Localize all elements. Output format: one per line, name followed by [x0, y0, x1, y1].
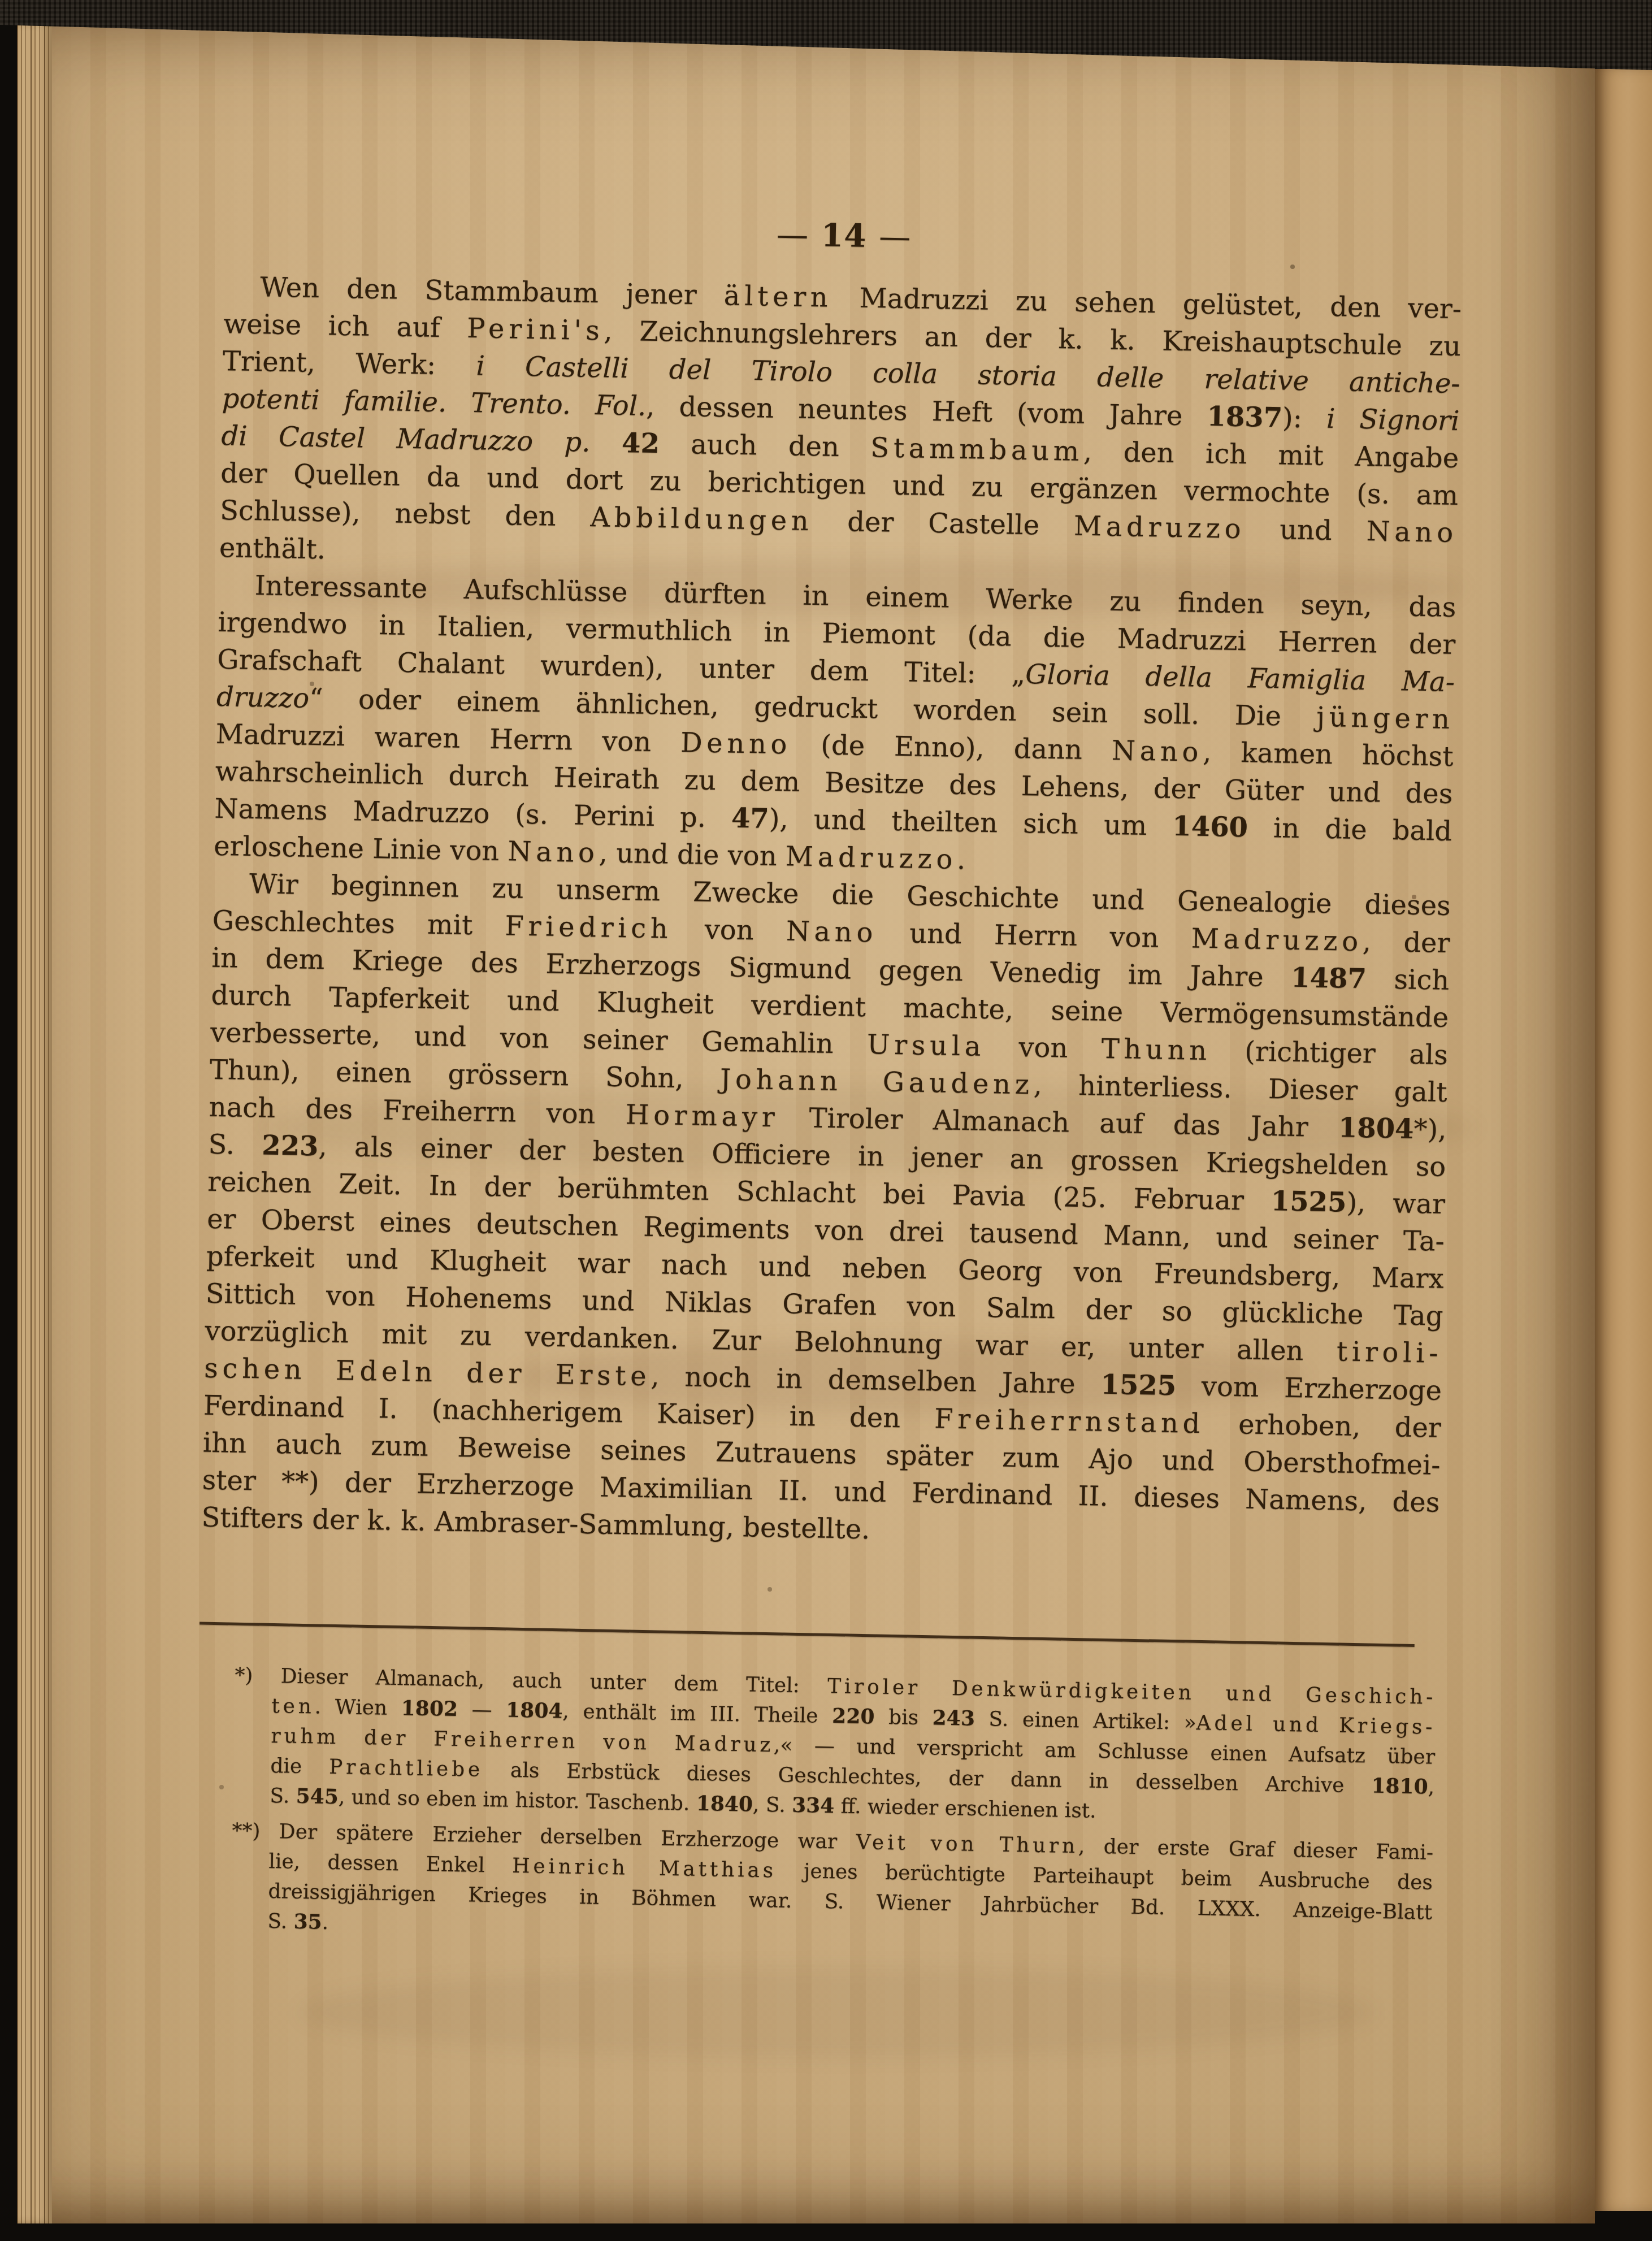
text-segment: schen Edeln der Erste [204, 1353, 651, 1392]
text-segment: di Castel Madruzzo p. [221, 420, 591, 458]
text-segment: Geschlechtes mit [212, 905, 505, 942]
text-segment: 35 [293, 1910, 322, 1934]
text-segment: 1804 [506, 1698, 563, 1723]
text-segment: die [270, 1754, 329, 1779]
paragraph: Wir beginnen zu unserm Zwecke die Geschi… [201, 865, 1451, 1559]
text-segment: (richtiger als [1211, 1035, 1448, 1071]
text-segment: von [672, 913, 786, 947]
text-segment: Madruzzo [1191, 923, 1363, 958]
page-number-right-dash: — [879, 218, 912, 255]
footnote: **) Der spätere Erzieher derselben Erzhe… [230, 1816, 1434, 1958]
text-segment: vom Erzherzoge [1176, 1370, 1442, 1407]
text-segment: 1525 [1100, 1369, 1177, 1402]
footnote: *) Dieser Almanach, auch unter dem Titel… [232, 1661, 1436, 1832]
text-segment: Ursula [867, 1029, 986, 1063]
text-segment: erloschene Linie von [214, 830, 508, 868]
text-segment: von [985, 1031, 1102, 1065]
text-segment: *), [1413, 1113, 1447, 1146]
text-segment: S. [270, 1784, 296, 1808]
text-segment: S. [267, 1910, 294, 1934]
text-segment: Nano [1366, 515, 1458, 549]
text-segment: in die bald [1247, 812, 1452, 847]
text-segment: enthält. [219, 532, 326, 565]
text-segment: , noch in demselben Jahre [651, 1360, 1101, 1401]
text-segment: 243 [932, 1706, 975, 1730]
text-segment: jüngern [1316, 701, 1454, 735]
text-segment: Johann Gaudenz [720, 1063, 1034, 1100]
footnote-separator [200, 1622, 1415, 1647]
text-segment: 1802 [401, 1696, 458, 1721]
text-segment: lie, dessen Enkel [268, 1850, 513, 1878]
text-segment: , S. [753, 1793, 792, 1817]
text-segment: 220 [832, 1704, 875, 1728]
text-segment: potenti familie. Trento. Fol. [222, 383, 647, 422]
text-segment: ): [1282, 402, 1327, 434]
text-segment: erhoben, der [1204, 1408, 1442, 1444]
text-segment: 1840 [696, 1792, 753, 1817]
text-segment: 1837 [1207, 401, 1283, 434]
text-segment: Nano [786, 915, 877, 948]
page-number-value: 14 [821, 216, 867, 254]
text-segment: 334 [792, 1793, 835, 1818]
text-segment: Trient, Werk: [222, 345, 476, 382]
text-segment: , den ich mit Angabe [1083, 436, 1459, 474]
text-segment: S. [208, 1129, 262, 1161]
text-segment: — [458, 1698, 506, 1722]
page-number-left-dash: — [776, 216, 809, 254]
text-segment: , der [1362, 926, 1450, 959]
text-segment: 1804 [1338, 1112, 1414, 1145]
text-segment: Denno [680, 727, 792, 761]
text-segment: S. einen Artikel: » [975, 1707, 1197, 1735]
text-segment: Wen den Stammbaum jener [260, 271, 725, 311]
text-segment: ten [271, 1694, 315, 1718]
text-segment: Stammbaum [870, 432, 1084, 467]
paragraph: Interessante Aufschlüsse dürften in eine… [214, 566, 1456, 887]
text-segment: Prachtliebe [329, 1755, 483, 1781]
text-segment: Thun), einen grössern Sohn, [210, 1054, 721, 1095]
text-segment: , und so eben im histor. Taschenb. [339, 1785, 697, 1815]
text-segment: bis [874, 1705, 933, 1729]
book-scan: { "document": { "page_header": { "left_d… [0, 0, 1652, 2241]
text-segment: druzzo [216, 681, 310, 714]
text-segment: auch den [659, 428, 871, 463]
text-segment: . [957, 844, 966, 875]
text-segment: (de Enno), dann [791, 729, 1112, 766]
footnotes: *) Dieser Almanach, auch unter dem Titel… [230, 1661, 1437, 1958]
text-segment: ), und theilten sich um [769, 803, 1173, 842]
text-segment: 223 [262, 1129, 319, 1162]
text-segment: , kamen höchst [1203, 736, 1454, 773]
text-segment: ), war [1346, 1187, 1446, 1220]
text-segment: Madruzzo [785, 840, 957, 875]
text-segment: Schlusse), nebst den [220, 495, 591, 533]
text-segment: Thunn [1101, 1033, 1211, 1067]
text-segment: Abbildungen [590, 501, 813, 537]
paper-stain [300, 1967, 1373, 2057]
text-segment: Madruzzi waren Herrn von [215, 718, 680, 758]
text-segment: ff. wieder erschienen ist. [834, 1794, 1096, 1822]
text-segment: sich [1366, 963, 1449, 996]
text-segment: 47 [731, 803, 769, 835]
text-segment: Nano [508, 835, 599, 869]
page-stack-edge [17, 23, 52, 2223]
text-segment: weise ich auf [223, 308, 467, 344]
text-segment: und [1245, 513, 1367, 547]
text-segment: Heinrich Matthias [512, 1854, 777, 1883]
text-segment: Adel und Kriegs- [1196, 1711, 1436, 1739]
text-segment: Madruzzo [1074, 510, 1246, 545]
text-segment: i Signori [1326, 403, 1460, 437]
text-segment: . Wien [314, 1695, 401, 1720]
text-segment: , hinterliess. Dieser galt [1033, 1069, 1447, 1108]
text-segment: , [1428, 1775, 1434, 1798]
paragraph: Wen den Stammbaum jener ältern Madruzzi … [219, 268, 1462, 589]
text-segment: 1460 [1172, 810, 1248, 843]
text-segment: . [322, 1911, 328, 1934]
text-segment: Namens Madruzzo (s. Perini p. [214, 793, 732, 834]
text-segment: tiroli- [1337, 1336, 1443, 1369]
text-segment: 545 [296, 1784, 339, 1809]
text-segment: 1487 [1291, 962, 1367, 995]
text-segment: Perini's [467, 313, 604, 346]
text-segment: Freiherrnstand [934, 1403, 1205, 1440]
text-segment: ältern [723, 280, 832, 314]
text-segment: und Herrn von [877, 917, 1192, 954]
text-segment: , und die von [599, 837, 786, 872]
text-segment: Gloria della Famiglia Ma- [1025, 658, 1455, 698]
text-segment: Hormayr [625, 1099, 779, 1133]
text-segment: der Castelle [813, 505, 1074, 541]
text-segment: nach des Freiherrn von [209, 1091, 626, 1130]
page-content: —14— Wen den Stammbaum jener ältern Madr… [194, 176, 1464, 1958]
text-segment: 42 [622, 427, 660, 460]
text-segment: Friedrich [505, 910, 673, 944]
text-segment [590, 427, 622, 459]
text-segment: , enthält im III. Theile [562, 1700, 832, 1728]
text-segment: , der erste Graf dieser Fami- [1078, 1835, 1434, 1865]
text-segment: 1810 [1371, 1774, 1428, 1799]
text-segment: 1525 [1271, 1185, 1347, 1218]
text-segment: Nano [1112, 735, 1203, 768]
text-segment: Veit von Thurn [856, 1831, 1078, 1858]
next-page-edge [1594, 69, 1652, 2211]
